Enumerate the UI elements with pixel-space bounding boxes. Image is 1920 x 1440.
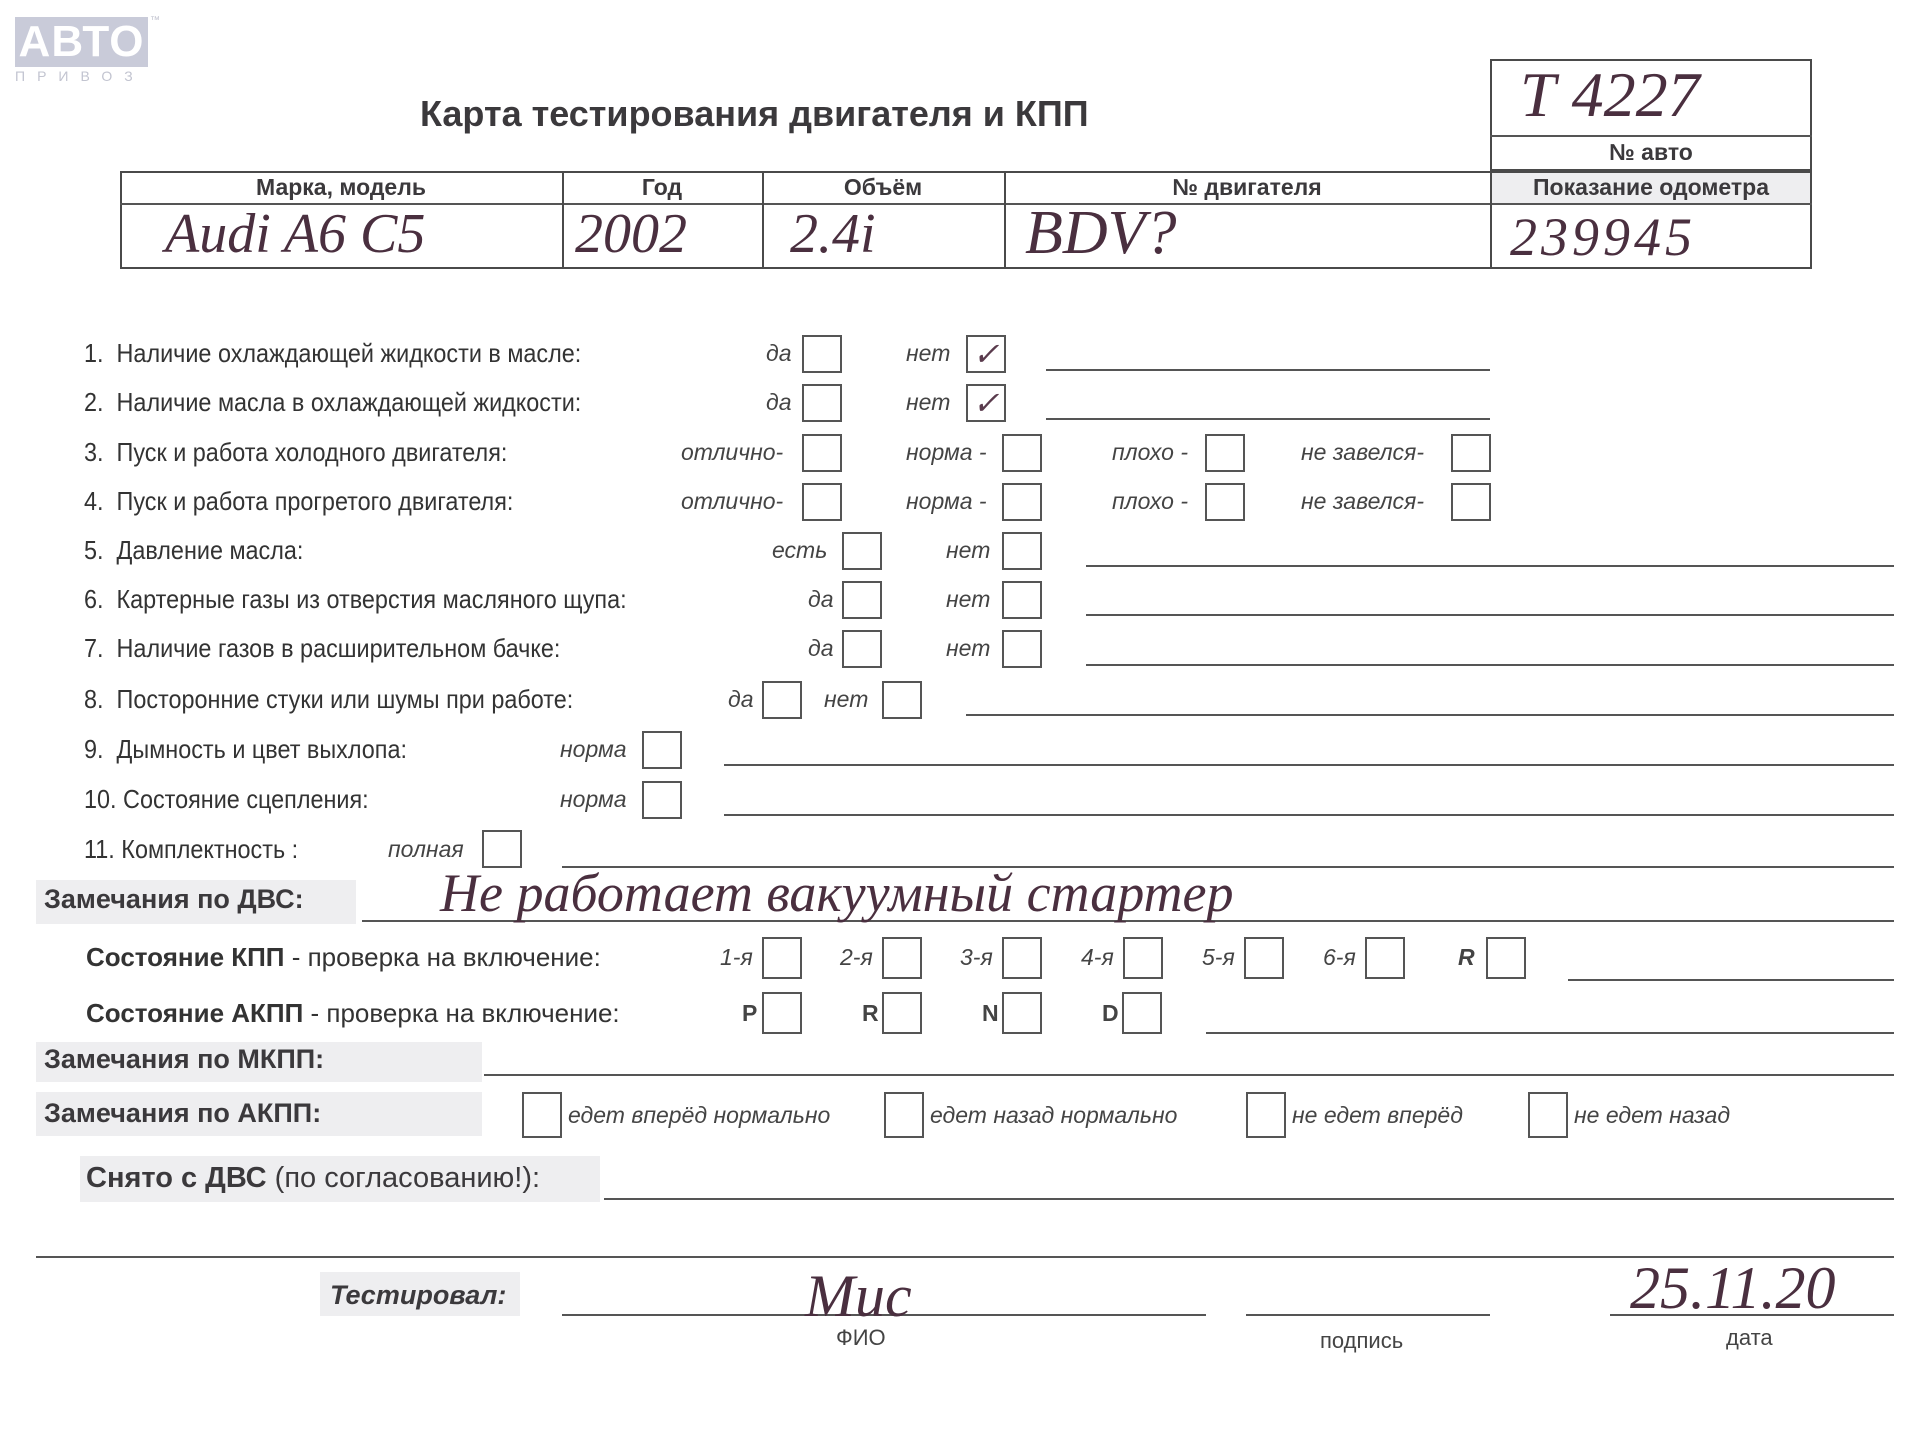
q6-option-no-label: нет <box>946 586 990 613</box>
gear-6-checkbox[interactable] <box>1365 937 1405 979</box>
q5-notes-line[interactable] <box>1086 565 1894 567</box>
q3-checkbox-bad[interactable] <box>1205 434 1245 472</box>
divider <box>1490 135 1812 137</box>
akpp-n-label: N <box>982 1000 999 1027</box>
gear-3-checkbox[interactable] <box>1002 937 1042 979</box>
akpp-no-forward-label: не едет вперёд <box>1292 1102 1463 1129</box>
q5-option-yes-label: есть <box>772 537 827 564</box>
q3-checkbox-normal[interactable] <box>1002 434 1042 472</box>
q7-notes-line[interactable] <box>1086 664 1894 666</box>
q2-option-no-label: нет <box>906 389 950 416</box>
akpp-n-checkbox[interactable] <box>1002 992 1042 1034</box>
gear-2-checkbox[interactable] <box>882 937 922 979</box>
gear-6-label: 6-я <box>1323 944 1356 971</box>
removed-from-engine-line[interactable] <box>604 1198 1894 1200</box>
akpp-r-label: R <box>862 1000 879 1027</box>
q9-option-normal-label: норма <box>560 736 627 763</box>
volume-value[interactable]: 2.4i <box>790 202 876 266</box>
q9-checkbox-normal[interactable] <box>642 731 682 769</box>
q6-notes-line[interactable] <box>1086 614 1894 616</box>
check-icon: ✓ <box>968 386 1004 420</box>
akpp-notes-line[interactable] <box>1206 1032 1894 1034</box>
question-8: 8. Посторонние стуки или шумы при работе… <box>84 684 573 715</box>
car-number-label: № авто <box>1490 139 1812 166</box>
car-number-value[interactable]: Т 4227 <box>1520 58 1700 132</box>
akpp-reverse-ok-checkbox[interactable] <box>884 1092 924 1138</box>
remarks-mkpp-line[interactable] <box>484 1074 1894 1076</box>
q5-checkbox-no[interactable] <box>1002 532 1042 570</box>
q4-checkbox-bad[interactable] <box>1205 483 1245 521</box>
q4-checkbox-excellent[interactable] <box>802 483 842 521</box>
q1-option-no-label: нет <box>906 340 950 367</box>
akpp-no-reverse-checkbox[interactable] <box>1528 1092 1568 1138</box>
question-3: 3. Пуск и работа холодного двигателя: <box>84 437 507 468</box>
q1-notes-line[interactable] <box>1046 369 1490 371</box>
q3-option-no-start-label: не завелся- <box>1301 439 1424 466</box>
q10-notes-line[interactable] <box>724 814 1894 816</box>
q5-option-no-label: нет <box>946 537 990 564</box>
q3-option-bad-label: плохо - <box>1112 439 1188 466</box>
q6-option-yes-label: да <box>808 586 834 613</box>
signature-line[interactable] <box>1246 1314 1490 1316</box>
q3-option-excellent-label: отлично- <box>681 439 783 466</box>
q1-checkbox-yes[interactable] <box>802 335 842 373</box>
gear-1-checkbox[interactable] <box>762 937 802 979</box>
remarks-engine-value[interactable]: Не работает вакуумный стартер <box>440 862 1233 924</box>
q8-checkbox-yes[interactable] <box>762 681 802 719</box>
remarks-mkpp-label: Замечания по МКПП: <box>44 1044 324 1075</box>
question-9: 9. Дымность и цвет выхлопа: <box>84 734 407 765</box>
question-4: 4. Пуск и работа прогретого двигателя: <box>84 486 513 517</box>
date-value[interactable]: 25.11.20 <box>1630 1254 1836 1323</box>
q10-checkbox-normal[interactable] <box>642 781 682 819</box>
akpp-d-label: D <box>1102 1000 1119 1027</box>
q10-option-normal-label: норма <box>560 786 627 813</box>
q2-checkbox-no[interactable]: ✓ <box>966 384 1006 422</box>
date-caption: дата <box>1726 1325 1773 1351</box>
check-icon: ✓ <box>968 337 1004 371</box>
gear-2-label: 2-я <box>840 944 873 971</box>
col-year: Год <box>562 174 762 201</box>
q8-checkbox-no[interactable] <box>882 681 922 719</box>
q1-checkbox-no[interactable]: ✓ <box>966 335 1006 373</box>
question-7: 7. Наличие газов в расширительном бачке: <box>84 633 560 664</box>
q4-checkbox-no-start[interactable] <box>1451 483 1491 521</box>
gear-r-label: R <box>1458 944 1475 971</box>
akpp-forward-ok-label: едет вперёд нормально <box>568 1102 830 1129</box>
section-divider <box>36 1256 1894 1258</box>
col-make-model: Марка, модель <box>120 174 562 201</box>
make-model-value[interactable]: Audi A6 C5 <box>165 202 425 266</box>
logo-subtitle: ПРИВОЗ <box>15 68 150 84</box>
akpp-forward-ok-checkbox[interactable] <box>522 1092 562 1138</box>
kpp-notes-line[interactable] <box>1568 979 1894 981</box>
q2-option-yes-label: да <box>766 389 792 416</box>
gear-1-label: 1-я <box>720 944 753 971</box>
q2-checkbox-yes[interactable] <box>802 384 842 422</box>
auto-gearbox-check-label: Состояние АКПП - проверка на включение: <box>86 998 620 1029</box>
q7-option-yes-label: да <box>808 635 834 662</box>
akpp-reverse-ok-label: едет назад нормально <box>930 1102 1177 1129</box>
remarks-engine-label: Замечания по ДВС: <box>44 884 304 915</box>
akpp-d-checkbox[interactable] <box>1122 992 1162 1034</box>
question-10: 10. Состояние сцепления: <box>84 784 369 815</box>
question-6: 6. Картерные газы из отверстия масляного… <box>84 584 627 615</box>
q9-notes-line[interactable] <box>724 764 1894 766</box>
q4-option-normal-label: норма - <box>906 488 987 515</box>
q11-option-full-label: полная <box>388 836 464 863</box>
col-volume: Объём <box>762 174 1004 201</box>
removed-from-engine-label: Снято с ДВС (по согласованию!): <box>86 1162 540 1195</box>
q4-option-excellent-label: отлично- <box>681 488 783 515</box>
logo: АВТО <box>15 17 148 67</box>
engine-number-value[interactable]: BDV? <box>1025 198 1177 269</box>
gear-5-checkbox[interactable] <box>1244 937 1284 979</box>
akpp-no-forward-checkbox[interactable] <box>1246 1092 1286 1138</box>
signature-caption: подпись <box>1320 1328 1403 1354</box>
tested-by-label: Тестировал: <box>330 1280 506 1311</box>
q4-option-no-start-label: не завелся- <box>1301 488 1424 515</box>
question-1: 1. Наличие охлаждающей жидкости в масле: <box>84 338 581 369</box>
akpp-p-checkbox[interactable] <box>762 992 802 1034</box>
col-engine-number: № двигателя <box>1004 174 1490 201</box>
q5-checkbox-yes[interactable] <box>842 532 882 570</box>
q7-checkbox-yes[interactable] <box>842 630 882 668</box>
q8-option-no-label: нет <box>824 686 868 713</box>
q2-notes-line[interactable] <box>1046 418 1490 420</box>
gear-4-label: 4-я <box>1081 944 1114 971</box>
gear-3-label: 3-я <box>960 944 993 971</box>
logo-trademark: ™ <box>150 15 160 26</box>
q7-checkbox-no[interactable] <box>1002 630 1042 668</box>
question-2: 2. Наличие масла в охлаждающей жидкости: <box>84 387 581 418</box>
q1-option-yes-label: да <box>766 340 792 367</box>
gear-r-checkbox[interactable] <box>1486 937 1526 979</box>
fio-value[interactable]: Мис <box>805 1262 912 1331</box>
akpp-r-checkbox[interactable] <box>882 992 922 1034</box>
fio-caption: ФИО <box>836 1325 886 1351</box>
q6-checkbox-yes[interactable] <box>842 581 882 619</box>
col-odometer: Показание одометра <box>1490 174 1812 201</box>
q8-notes-line[interactable] <box>966 714 1894 716</box>
gear-5-label: 5-я <box>1202 944 1235 971</box>
q4-option-bad-label: плохо - <box>1112 488 1188 515</box>
gear-4-checkbox[interactable] <box>1123 937 1163 979</box>
akpp-no-reverse-label: не едет назад <box>1574 1102 1730 1129</box>
year-value[interactable]: 2002 <box>575 202 687 266</box>
q4-checkbox-normal[interactable] <box>1002 483 1042 521</box>
q3-option-normal-label: норма - <box>906 439 987 466</box>
q8-option-yes-label: да <box>728 686 754 713</box>
question-11: 11. Комплектность : <box>84 834 298 865</box>
page-title: Карта тестирования двигателя и КПП <box>420 93 1089 135</box>
q6-checkbox-no[interactable] <box>1002 581 1042 619</box>
q3-checkbox-excellent[interactable] <box>802 434 842 472</box>
remarks-akpp-label: Замечания по АКПП: <box>44 1098 321 1129</box>
question-5: 5. Давление масла: <box>84 535 303 566</box>
manual-gearbox-check-label: Состояние КПП - проверка на включение: <box>86 942 601 973</box>
q3-checkbox-no-start[interactable] <box>1451 434 1491 472</box>
odometer-value[interactable]: 239945 <box>1510 206 1696 268</box>
q7-option-no-label: нет <box>946 635 990 662</box>
akpp-p-label: P <box>742 1000 757 1027</box>
